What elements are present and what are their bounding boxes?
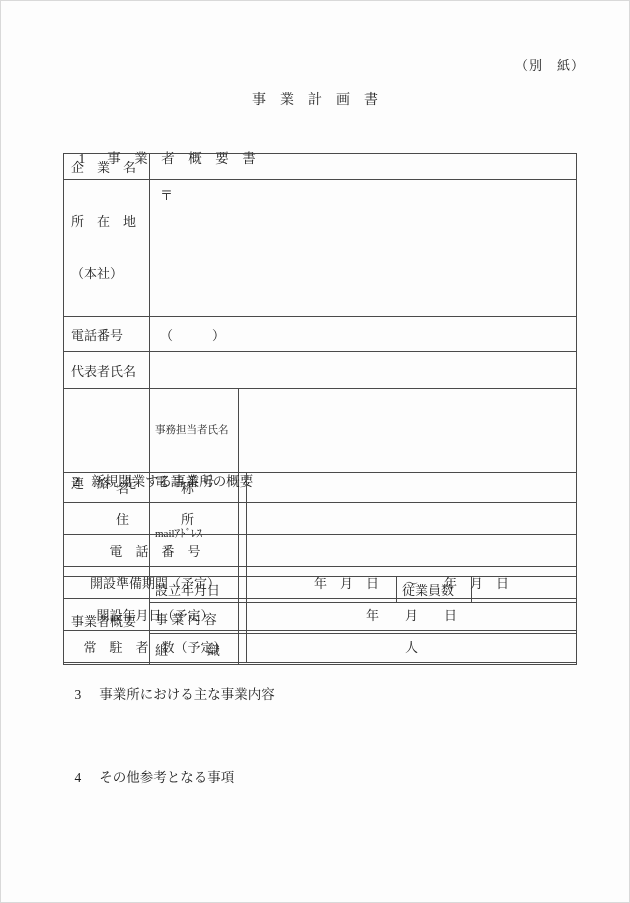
address-label-line2: （本社）	[71, 264, 149, 284]
address-field: 〒	[150, 180, 577, 317]
resident-staff-count-label: 常 駐 者 数（予定）	[64, 631, 247, 663]
section-3-number: 3	[75, 687, 82, 702]
phone-field: （ ）	[150, 317, 577, 352]
opening-date-label: 開設年月日（予定）	[64, 599, 247, 631]
document-title: 事 業 計 画 書	[1, 89, 629, 109]
contact-person-name-label: 事務担当者氏名	[155, 421, 238, 440]
table-row: 電話番号 （ ）	[64, 317, 577, 352]
new-office-overview-table: 名 称 住 所 電 話 番 号 開設準備期間（予定） 年 月 日 ～ 年 月 日…	[63, 472, 577, 663]
section-4-number: 4	[75, 770, 82, 785]
preparation-period-label: 開設準備期間（予定）	[64, 567, 247, 599]
opening-date-field: 年 月 日	[247, 599, 577, 631]
office-name-field	[247, 473, 577, 503]
table-row: 開設年月日（予定） 年 月 日	[64, 599, 577, 631]
office-phone-field	[247, 535, 577, 567]
office-phone-label: 電 話 番 号	[64, 535, 247, 567]
phone-label: 電話番号	[64, 317, 150, 352]
address-label-line1: 所 在 地	[71, 212, 149, 232]
section-3-title: 事業所における主な事業内容	[99, 687, 275, 702]
preparation-period-field: 年 月 日 ～ 年 月 日	[247, 567, 577, 599]
address-label: 所 在 地 （本社）	[64, 180, 150, 317]
section-3-heading: 3事業所における主な事業内容	[61, 667, 275, 719]
company-name-label: 企 業 名	[64, 154, 150, 180]
table-row: 名 称	[64, 473, 577, 503]
section-4-title: その他参考となる事項	[99, 770, 234, 785]
attachment-note: （別 紙）	[515, 55, 585, 74]
table-row: 代表者氏名	[64, 352, 577, 389]
table-row: 住 所	[64, 503, 577, 535]
office-address-label: 住 所	[64, 503, 247, 535]
section-4-heading: 4その他参考となる事項	[61, 750, 234, 802]
table-row: 所 在 地 （本社） 〒	[64, 180, 577, 317]
company-name-field	[150, 154, 577, 180]
representative-name-label: 代表者氏名	[64, 352, 150, 389]
table-row: 開設準備期間（予定） 年 月 日 ～ 年 月 日	[64, 567, 577, 599]
representative-name-field	[150, 352, 577, 389]
table-row: 企 業 名	[64, 154, 577, 180]
office-name-label: 名 称	[64, 473, 247, 503]
document-page: （別 紙） 事 業 計 画 書 1事 業 者 概 要 書 企 業 名 所 在 地…	[0, 0, 630, 903]
table-row: 電 話 番 号	[64, 535, 577, 567]
office-address-field	[247, 503, 577, 535]
resident-staff-count-field: 人	[247, 631, 577, 663]
table-row: 常 駐 者 数（予定） 人	[64, 631, 577, 663]
